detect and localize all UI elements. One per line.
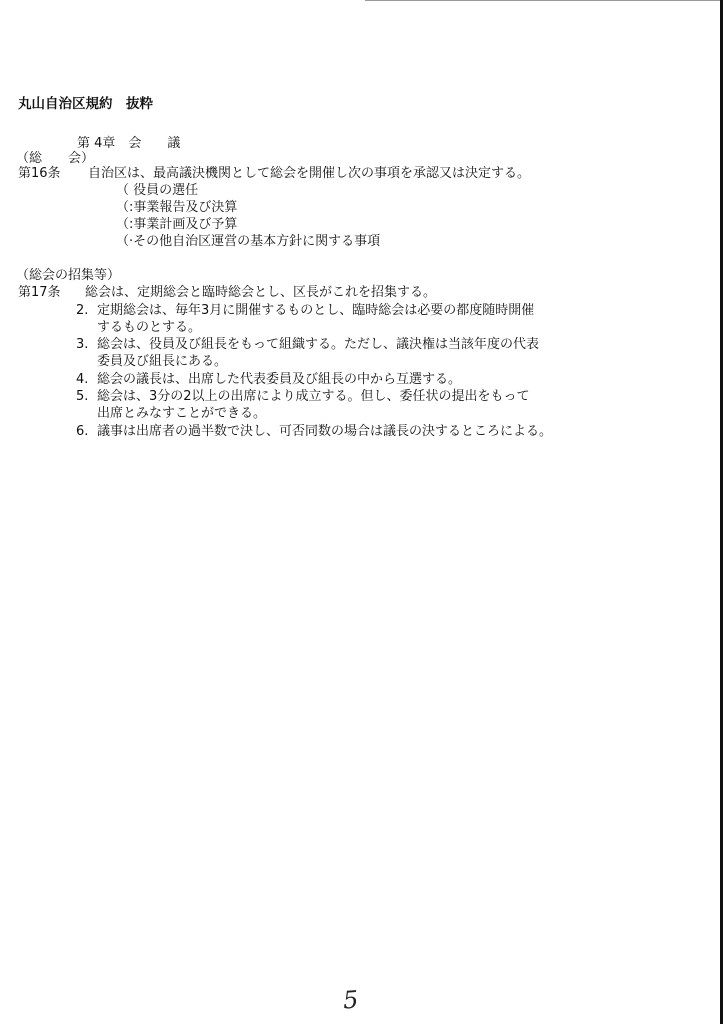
scan-edge-top [365, 0, 721, 1]
document-page: 丸山自治区規約 抜粋 第 4章 会 議 （総 会） 第16条 自治区は、最高議決… [0, 0, 724, 1024]
chapter-heading: 第 4章 会 議 [77, 136, 180, 152]
list-item: （ 役員の選任 [116, 183, 198, 199]
clause-text: 総会は、3分の2以上の出席により成立する。但し、委任状の提出をもって [97, 389, 530, 405]
clause-number: 5. [76, 389, 88, 405]
clause-number: 4. [76, 372, 88, 388]
article-text: 自治区は、最高議決機関として総会を開催し次の事項を承認又は決定する。 [88, 166, 530, 182]
article-number: 第16条 [18, 166, 61, 182]
clause-text: 議事は出席者の過半数で決し、可否同数の場合は議長の決するところによる。 [97, 424, 552, 440]
clause-text: 委員及び組長にある。 [97, 354, 227, 370]
section-heading: （総会の招集等） [16, 268, 120, 284]
clause-text: するものとする。 [97, 320, 201, 336]
clause-number: 2. [76, 303, 88, 319]
handwritten-page-number: 5 [342, 986, 359, 1015]
clause-number: 6. [76, 424, 88, 440]
scan-edge-right [720, 0, 723, 1024]
clause-number: 3. [76, 337, 88, 353]
article-number: 第17条 [18, 285, 61, 301]
clause-text: 総会の議長は、出席した代表委員及び組長の中から互選する。 [97, 372, 461, 388]
article-text: 総会は、定期総会と臨時総会とし、区長がこれを招集する。 [85, 285, 436, 301]
section-heading: （総 会） [16, 151, 94, 167]
clause-text: 定期総会は、毎年3月に開催するものとし、臨時総会は必要の都度随時開催 [97, 303, 534, 319]
clause-text: 出席とみなすことができる。 [97, 406, 266, 422]
list-item: （:事業計画及び予算 [116, 217, 237, 233]
document-title: 丸山自治区規約 抜粋 [18, 96, 153, 112]
list-item: （:事業報告及び決算 [116, 200, 237, 216]
list-item: （·その他自治区運営の基本方針に関する事項 [116, 234, 380, 250]
clause-text: 総会は、役員及び組長をもって組織する。ただし、議決権は当該年度の代表 [97, 337, 539, 353]
